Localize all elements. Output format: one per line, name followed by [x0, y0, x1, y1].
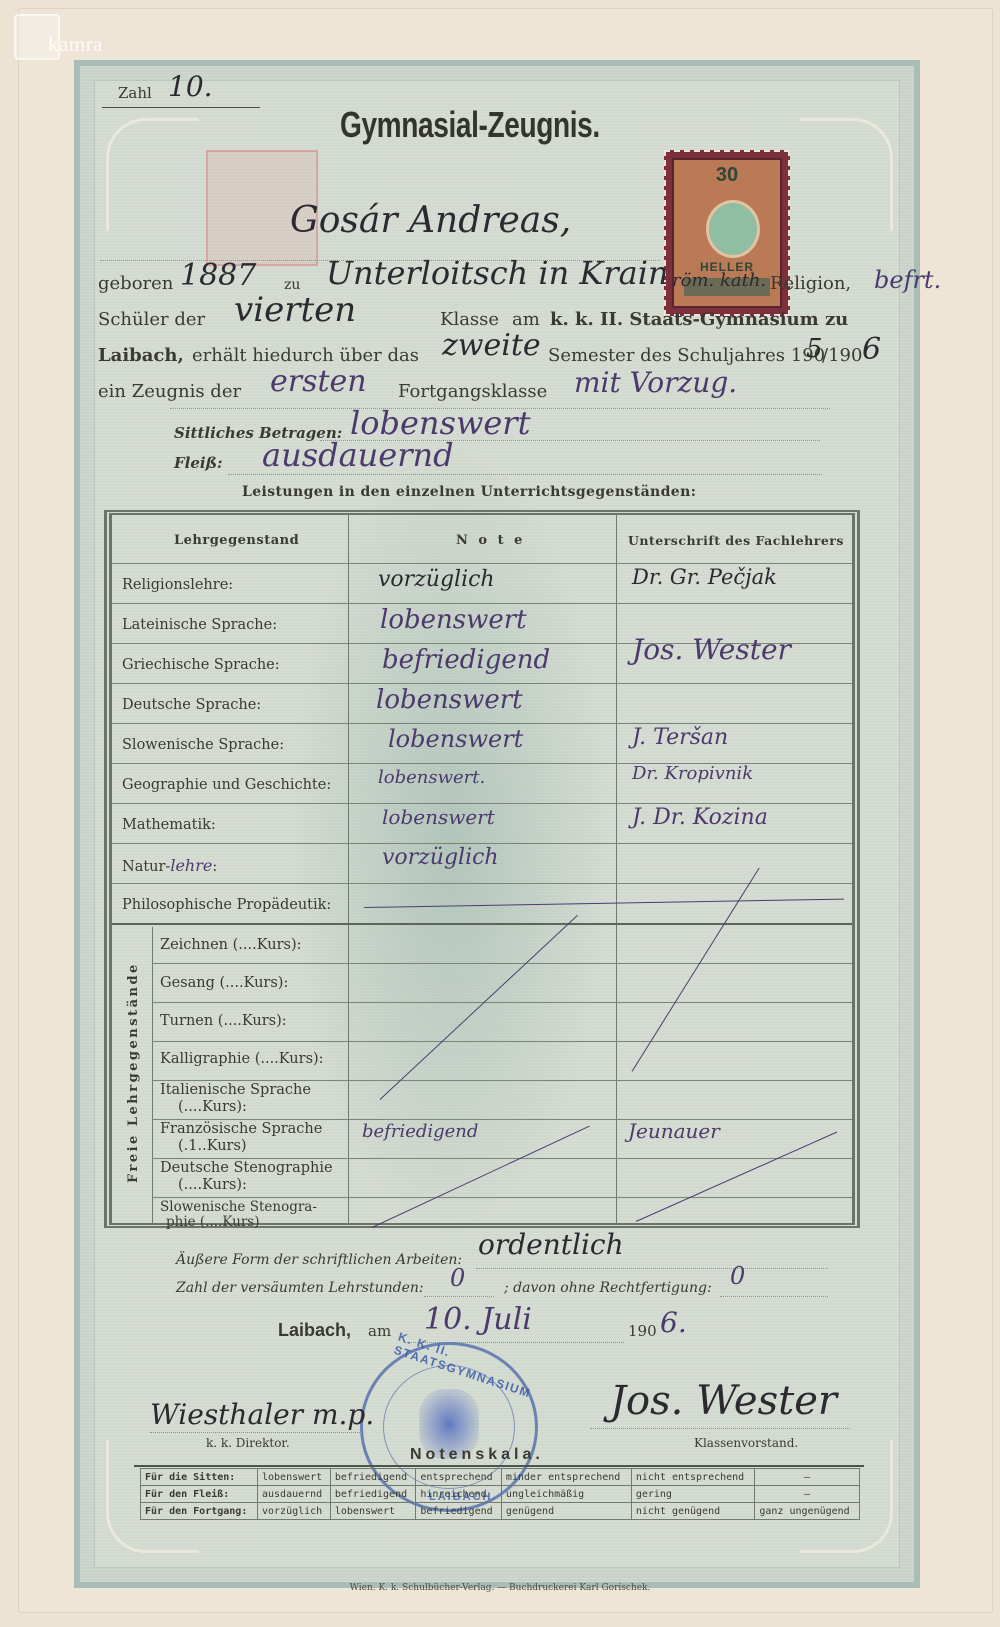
- progress-class-label: Fortgangsklasse: [398, 381, 547, 402]
- subject-grade: vorzüglich: [378, 567, 495, 592]
- free-subjects-label: Freie Lehrgegenstände: [126, 962, 141, 1183]
- teacher-signature: J. Dr. Kozina: [632, 805, 768, 830]
- progress-class-value: ersten: [270, 364, 367, 399]
- city-label: Laibach,: [98, 345, 184, 366]
- grading-scale-cell: befriedigend: [416, 1503, 502, 1520]
- subject-grade: vorzüglich: [382, 845, 499, 870]
- religion-label: Religion,: [770, 273, 851, 294]
- written-form-value: ordentlich: [478, 1228, 624, 1261]
- diligence-line: [228, 474, 822, 475]
- grading-scale-table: Für die Sitten: lobenswert befriedigend …: [140, 1468, 860, 1520]
- subject-label: Slowenische Sprache:: [122, 737, 284, 754]
- date-am: am: [368, 1322, 391, 1340]
- column-header-signature: Unterschrift des Fachlehrers: [628, 533, 844, 548]
- subject-label-suffix: :: [212, 859, 217, 875]
- emperor-portrait-icon: [706, 200, 760, 258]
- grading-scale-row: Für die Sitten: lobenswert befriedigend …: [141, 1469, 860, 1486]
- class-teacher-signature: Jos. Wester: [610, 1378, 837, 1424]
- grading-scale-row: Für den Fortgang: vorzüglich lobenswert …: [141, 1503, 860, 1520]
- subject-grade: befriedigend: [382, 645, 550, 675]
- document-title: Gymnasial-Zeugnis.: [340, 104, 600, 146]
- strike-line: [380, 915, 578, 1100]
- free-subject-label: Deutsche Stenographie: [160, 1160, 333, 1177]
- corner-ornament-icon: [800, 118, 893, 231]
- free-subject-label: Zeichnen (....Kurs):: [160, 937, 301, 954]
- subject-label: Mathematik:: [122, 817, 216, 834]
- column-divider: [348, 515, 349, 1223]
- semester-text: Semester des Schuljahres 190: [548, 345, 825, 366]
- free-subject-label: Französische Sprache: [160, 1121, 322, 1138]
- grading-scale-cell: vorzüglich: [258, 1503, 331, 1520]
- free-subject-label: Turnen (....Kurs):: [160, 1013, 287, 1030]
- subject-label: Deutsche Sprache:: [122, 697, 261, 714]
- grading-scale-cell: ausdauernd: [258, 1486, 331, 1503]
- subject-grade: lobenswert: [376, 685, 523, 715]
- grading-scale-cell: lobenswert: [330, 1503, 416, 1520]
- born-label: geboren: [98, 273, 173, 294]
- grading-scale-rule: [134, 1465, 864, 1467]
- religion-note: befrt.: [874, 266, 941, 294]
- teacher-signature: Dr. Kropivnik: [632, 763, 753, 784]
- subject-label: Natur-lehre:: [122, 857, 217, 876]
- class-value: vierten: [234, 290, 356, 330]
- free-subject-grade: befriedigend: [362, 1121, 478, 1142]
- unexcused-line: [720, 1296, 828, 1297]
- grading-scale-row-label: Für den Fleiß:: [141, 1486, 258, 1503]
- free-subject-course: (.1..Kurs): [178, 1138, 247, 1155]
- diligence-label: Fleiß:: [174, 454, 223, 472]
- zahl-value: 10.: [168, 70, 213, 103]
- grading-scale-row-label: Für den Fortgang:: [141, 1503, 258, 1520]
- subject-label: Geographie und Geschichte:: [122, 777, 331, 794]
- date-year-digit: 6.: [660, 1306, 687, 1339]
- written-form-label: Äußere Form der schriftlichen Arbeiten:: [176, 1252, 462, 1268]
- subject-grade: lobenswert: [380, 605, 527, 635]
- born-year: 1887: [180, 258, 256, 293]
- kamra-watermark: kamra: [14, 14, 104, 60]
- free-subject-course: phie (....Kurs): [166, 1214, 260, 1231]
- date-year-prefix: 190: [628, 1322, 657, 1340]
- subject-grade: lobenswert: [388, 725, 523, 753]
- semester-value: zweite: [442, 328, 541, 363]
- grading-scale-cell: gering: [631, 1486, 755, 1503]
- subject-label-handwritten: lehre: [170, 856, 212, 875]
- director-signature: Wiesthaler m.p.: [150, 1398, 374, 1431]
- class-teacher-title: Klassenvorstand.: [694, 1436, 798, 1450]
- birthplace: Unterloitsch in Krain: [326, 254, 669, 292]
- printer-imprint: Wien. K. k. Schulbücher-Verlag. — Buchdr…: [0, 1583, 1000, 1593]
- distinction: mit Vorzug.: [574, 366, 737, 399]
- certificate-text: ein Zeugnis der: [98, 381, 241, 402]
- grades-heading: Leistungen in den einzelnen Unterrichtsg…: [242, 484, 696, 500]
- strike-line: [636, 1132, 837, 1222]
- missed-line: [424, 1296, 494, 1297]
- grading-scale-cell: befriedigend: [330, 1469, 416, 1486]
- free-subject-course: (....Kurs):: [178, 1099, 247, 1116]
- grading-scale-cell: befriedigend: [330, 1486, 416, 1503]
- subject-grade: lobenswert: [382, 805, 495, 829]
- unexcused-value: 0: [730, 1262, 745, 1290]
- subject-label: Religionslehre:: [122, 577, 233, 594]
- grading-scale-cell: lobenswert: [258, 1469, 331, 1486]
- class-teacher-line: [590, 1428, 850, 1429]
- column-divider: [616, 515, 617, 1223]
- free-subject-label: Kalligraphie (....Kurs):: [160, 1051, 324, 1068]
- teacher-signature: Jos. Wester: [632, 633, 791, 666]
- teacher-signature: Dr. Gr. Pečjak: [632, 565, 777, 589]
- year-end-digit: 6: [862, 332, 881, 367]
- date-value: 10. Juli: [424, 1302, 532, 1337]
- subject-label: Philosophische Propädeutik:: [122, 897, 331, 914]
- grading-scale-title: Notenskala.: [410, 1446, 544, 1464]
- written-form-line: [476, 1268, 828, 1269]
- date-city: Laibach,: [278, 1320, 351, 1341]
- unexcused-label: ; davon ohne Rechtfertigung:: [504, 1280, 712, 1296]
- subject-grade: lobenswert.: [378, 767, 485, 788]
- school-name: k. k. II. Staats-Gymnasium zu: [550, 309, 848, 330]
- missed-hours-value: 0: [450, 1264, 465, 1292]
- free-subject-label: Italienische Sprache: [160, 1082, 311, 1099]
- year-start-digit: 5: [806, 334, 823, 364]
- grading-scale-cell: ungleichmäßig: [501, 1486, 631, 1503]
- teacher-signature: J. Teršan: [632, 725, 728, 750]
- religion-value: röm. kath.: [672, 270, 766, 291]
- watermark-text: kamra: [48, 32, 103, 57]
- grades-table: Lehrgegenstand N o t e Unterschrift des …: [104, 510, 860, 1228]
- class-label: Klasse: [440, 309, 499, 330]
- director-line: [150, 1432, 362, 1433]
- student-name: Gosár Andreas,: [290, 200, 571, 241]
- column-header-subject: Lehrgegenstand: [174, 533, 299, 548]
- free-subject-course: (....Kurs):: [178, 1177, 247, 1194]
- receives-text: erhält hiedurch über das: [192, 345, 419, 366]
- corner-ornament-icon: [106, 118, 199, 231]
- stamp-value: 30: [674, 164, 780, 187]
- school-prefix: am: [512, 309, 540, 330]
- subject-label: Lateinische Sprache:: [122, 617, 277, 634]
- grading-scale-cell: —: [755, 1486, 860, 1503]
- director-title: k. k. Direktor.: [206, 1436, 290, 1450]
- free-subject-label: Gesang (....Kurs):: [160, 975, 288, 992]
- subject-label: Griechische Sprache:: [122, 657, 280, 674]
- grading-scale-cell: nicht entsprechend: [631, 1469, 755, 1486]
- pupil-label: Schüler der: [98, 309, 205, 330]
- year-separator: /190: [822, 345, 862, 366]
- strike-line: [364, 899, 844, 908]
- free-subject-signature: Jeunauer: [628, 1119, 720, 1143]
- grading-scale-cell: genügend: [501, 1503, 631, 1520]
- zahl-underline: [102, 107, 260, 108]
- diligence-value: ausdauernd: [262, 436, 454, 474]
- column-header-grade: N o t e: [456, 533, 525, 548]
- free-subject-divider: [152, 927, 153, 1223]
- grading-scale-cell: entsprechend: [416, 1469, 502, 1486]
- missed-hours-label: Zahl der versäumten Lehrstunden:: [176, 1280, 424, 1296]
- grading-scale-row: Für den Fleiß: ausdauernd befriedigend h…: [141, 1486, 860, 1503]
- grading-scale-cell: nicht genügend: [631, 1503, 755, 1520]
- subject-label-prefix: Natur-: [122, 859, 170, 875]
- grading-scale-cell: hinreichend: [416, 1486, 502, 1503]
- grading-scale-cell: —: [755, 1469, 860, 1486]
- grading-scale-row-label: Für die Sitten:: [141, 1469, 258, 1486]
- grading-scale-cell: ganz ungenügend: [755, 1503, 860, 1520]
- zahl-label: Zahl: [118, 84, 152, 102]
- grading-scale-cell: minder entsprechend: [501, 1469, 631, 1486]
